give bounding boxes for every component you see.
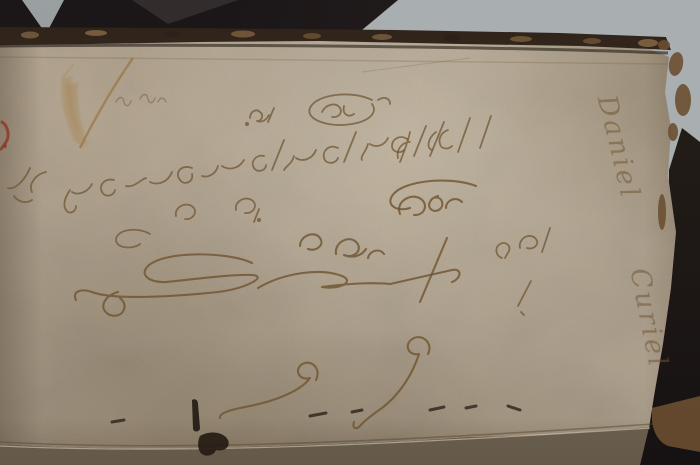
torn-edge-patches [652,40,700,452]
hebrew-abbreviation-circled [246,94,390,125]
signature-word-2: Curiel [624,266,674,372]
red-edge-mark [1,122,8,149]
flourish-se-loop [390,181,476,211]
tally-slashes [398,116,491,162]
small-curl-marks [116,199,260,248]
margin-signature: Daniel Curiel [590,91,673,372]
ink-overlay: Daniel Curiel [0,0,700,465]
ink-blot [192,399,229,455]
crease-lines [0,57,668,449]
flourish-left-large [75,254,258,315]
photo-scene: Daniel Curiel [0,0,700,465]
flourish-bottom-right [353,337,429,428]
flourish-bottom-left [220,363,318,418]
board-edge-specks [0,30,668,53]
small-marks-right [496,228,550,315]
pen-trial-squiggles [116,95,166,106]
flourish-right-loop [399,197,462,302]
check-mark-v [62,58,134,148]
signature-word-1: Daniel [590,91,645,203]
scuff-marks [112,406,520,422]
